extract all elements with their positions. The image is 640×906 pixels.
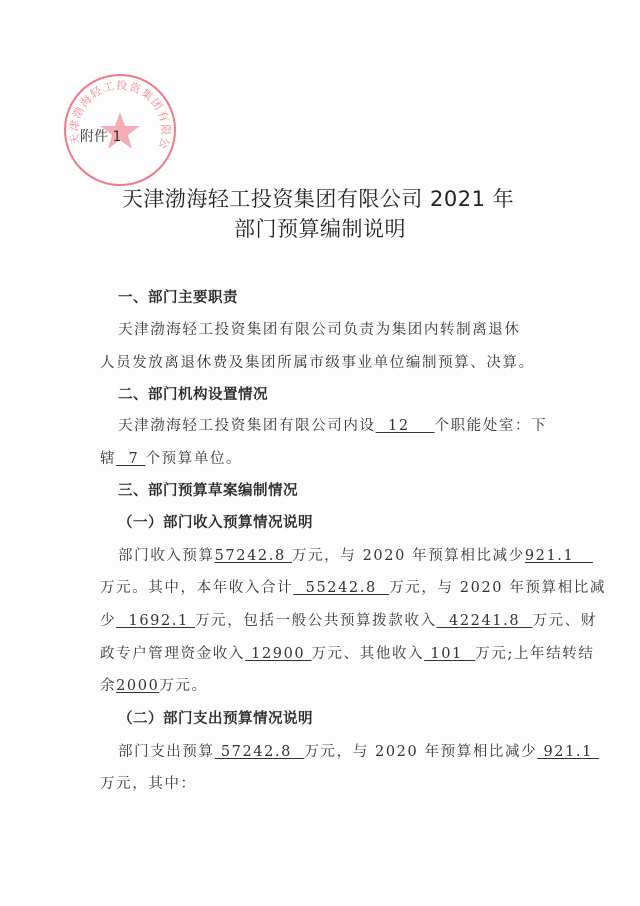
income-line5: 余2000万元。: [100, 674, 570, 695]
section1-heading: 一、部门主要职责: [85, 286, 588, 307]
expense-line2: 万元，其中：: [100, 772, 570, 793]
subsection2-heading: （二）部门支出预算情况说明: [118, 707, 588, 728]
income-line2: 万元。其中，本年收入合计 55242.8 万元，与 2020 年预算相比减: [100, 576, 570, 597]
income-line4: 政专户管理资金收入 12900 万元、其他收入 101 万元;上年结转结: [100, 642, 570, 663]
current-decrease-value: 1692.1: [116, 613, 195, 629]
section1-paragraph-line1: 天津渤海轻工投资集团有限公司负责为集团内转制离退休: [85, 318, 588, 339]
text: 万元、其他收入: [311, 646, 424, 662]
text: 万元、财: [533, 613, 597, 629]
expense-decrease-value: 921.1: [537, 744, 599, 760]
current-income-value: 55242.8: [293, 580, 389, 596]
fiscal-account-value: 12900: [245, 646, 312, 662]
text: 万元。: [159, 678, 207, 694]
text: 部门支出预算: [118, 744, 215, 760]
general-public-value: 42241.8: [437, 613, 533, 629]
text: 少: [100, 613, 116, 629]
document-title-line2: 部门预算编制说明: [0, 213, 640, 243]
income-line1: 部门收入预算57242.8 万元，与 2020 年预算相比减少921.1: [85, 544, 588, 565]
income-budget-value: 57242.8: [215, 548, 292, 564]
text: 万元，与 2020 年预算相比减: [389, 580, 606, 596]
text: 万元，包括一般公共预算拨款收入: [195, 613, 437, 629]
office-count: 12: [376, 418, 435, 434]
expense-line1: 部门支出预算 57242.8 万元，与 2020 年预算相比减少 921.1: [85, 740, 588, 761]
subsection1-heading: （一）部门收入预算情况说明: [118, 511, 588, 532]
expense-budget-value: 57242.8: [215, 744, 305, 760]
text: 天津渤海轻工投资集团有限公司内设: [118, 418, 376, 434]
text: 个预算单位。: [146, 451, 243, 467]
section3-heading: 三、部门预算草案编制情况: [85, 479, 588, 500]
document-title-line1: 天津渤海轻工投资集团有限公司 2021 年: [0, 183, 638, 213]
section2-line1: 天津渤海轻工投资集团有限公司内设 12 个职能处室：下: [85, 414, 588, 435]
text: 政专户管理资金收入: [100, 646, 245, 662]
text: 万元，与 2020 年预算相比减少: [292, 548, 525, 564]
text: 万元;上年结转结: [475, 646, 594, 662]
text: 个职能处室：下: [435, 418, 548, 434]
carryover-value: 2000: [116, 678, 159, 694]
income-line3: 少 1692.1 万元，包括一般公共预算拨款收入 42241.8 万元、财: [100, 609, 570, 630]
text: 辖: [100, 451, 116, 467]
unit-count: 7: [116, 451, 145, 467]
document-page: 天津渤海轻工投资集团有限公司 附件 1 天津渤海轻工投资集团有限公司 2021 …: [0, 0, 640, 906]
section1-paragraph-line2: 人员发放离退休费及集团所属市级事业单位编制预算、决算。: [100, 351, 570, 372]
section2-heading: 二、部门机构设置情况: [85, 383, 588, 404]
income-decrease-value: 921.1: [525, 548, 593, 564]
text: 万元，与 2020 年预算相比减少: [304, 744, 537, 760]
text: 部门收入预算: [118, 548, 215, 564]
text: 万元。其中，本年收入合计: [100, 580, 293, 596]
text: 余: [100, 678, 116, 694]
other-income-value: 101: [424, 646, 475, 662]
attachment-label: 附件 1: [80, 126, 121, 146]
section2-line2: 辖 7 个预算单位。: [100, 447, 570, 468]
